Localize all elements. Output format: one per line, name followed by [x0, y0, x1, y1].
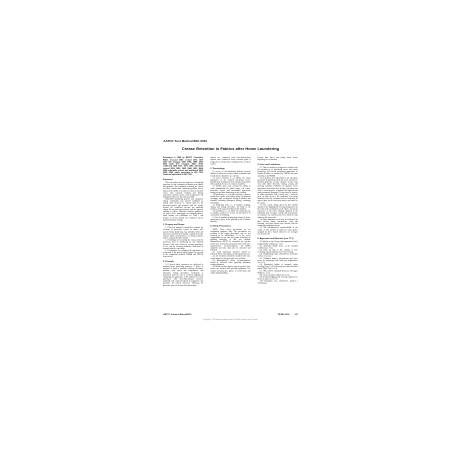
doc-header-method-number: AATCC Test Method 88C-2010 — [163, 140, 207, 143]
footer-manual-name: AATCC Technical Manual/2010 — [163, 313, 191, 315]
section-heading: 3. Terminology — [210, 167, 250, 169]
document-page: AATCC Test Method 88C-2010 Crease Retent… — [163, 138, 298, 325]
paragraph: 2.1 Creased fabric specimens are subject… — [163, 263, 203, 286]
paragraph: NOTE: These safety precautions are for i… — [210, 228, 250, 251]
section-heading: 5. Uses and Limitations — [258, 163, 298, 165]
section-heading: 4. Safety Precautions — [210, 225, 250, 227]
paragraph: 5.2 In general, it is impractical to use… — [258, 177, 298, 204]
section-heading: 2. Principle — [163, 260, 203, 262]
paragraph: 5.5 The interlaboratory reproducibility … — [258, 227, 298, 235]
paragraph: (A list of standard terminology related … — [210, 216, 250, 222]
paragraph: 3.3 durable press, adj.—having the abili… — [210, 185, 250, 193]
page-surface: AATCC Test Method 88C-2010 Crease Retent… — [163, 138, 298, 325]
paragraph: 1.1 This test method is intended to eval… — [163, 227, 203, 239]
column-1: Developed in 1964 by AATCC Committee RA6… — [163, 157, 203, 311]
section-heading: 6. Apparatus and Materials (see 11.1) — [258, 237, 298, 239]
paragraph: cimens are compared with three-dimension… — [210, 157, 250, 165]
columns: Developed in 1964 by AATCC Committee RA6… — [163, 157, 298, 311]
paragraph: 4.4 Steam and hot surfaces may be presen… — [210, 265, 250, 273]
footer-page-number: 121 — [294, 313, 297, 315]
section-heading: Foreword — [163, 178, 203, 180]
column-3: Prepare data sheets and rating forms bef… — [258, 157, 298, 311]
paragraph: 3.4 laundering, n.—of textile materials,… — [210, 193, 250, 203]
paragraph: Developed in 1964 by AATCC Committee RA6… — [163, 157, 203, 176]
paragraph: 5.4 Fabric appearance may also be influe… — [258, 218, 298, 226]
footer-method-number: TM 88C-2010 — [278, 313, 290, 315]
paragraph: This test method was developed as a laun… — [163, 181, 203, 198]
copyright-line: Copyright © 2010 American Association of… — [163, 319, 298, 321]
paragraph: 1.3 Techniques for evaluating the appear… — [163, 249, 203, 257]
paragraph: 5.1 This test method is designed to eval… — [258, 166, 298, 176]
paragraph: 3.2 crease retention, n.—in fabrics, the… — [210, 177, 250, 185]
paragraph: 5.3 The visual ratings given by this met… — [258, 204, 298, 219]
paragraph: 1.2 Techniques for inserting the creases… — [163, 239, 203, 249]
paragraph: Prepare data sheets and rating forms bef… — [258, 157, 298, 161]
section-heading: 1. Purpose and Scope — [163, 223, 203, 225]
footer-row: AATCC Technical Manual/2010 TM 88C-2010 … — [163, 313, 298, 315]
paragraph: 6.10 Evaluation area, windowless, painte… — [258, 280, 298, 284]
column-2: cimens are compared with three-dimension… — [210, 157, 250, 311]
footer-right: TM 88C-2010 121 — [278, 313, 298, 315]
paragraph: Household laundering practice and equipm… — [163, 198, 203, 221]
page-title: Crease Retention in Fabrics after Home L… — [163, 147, 298, 151]
